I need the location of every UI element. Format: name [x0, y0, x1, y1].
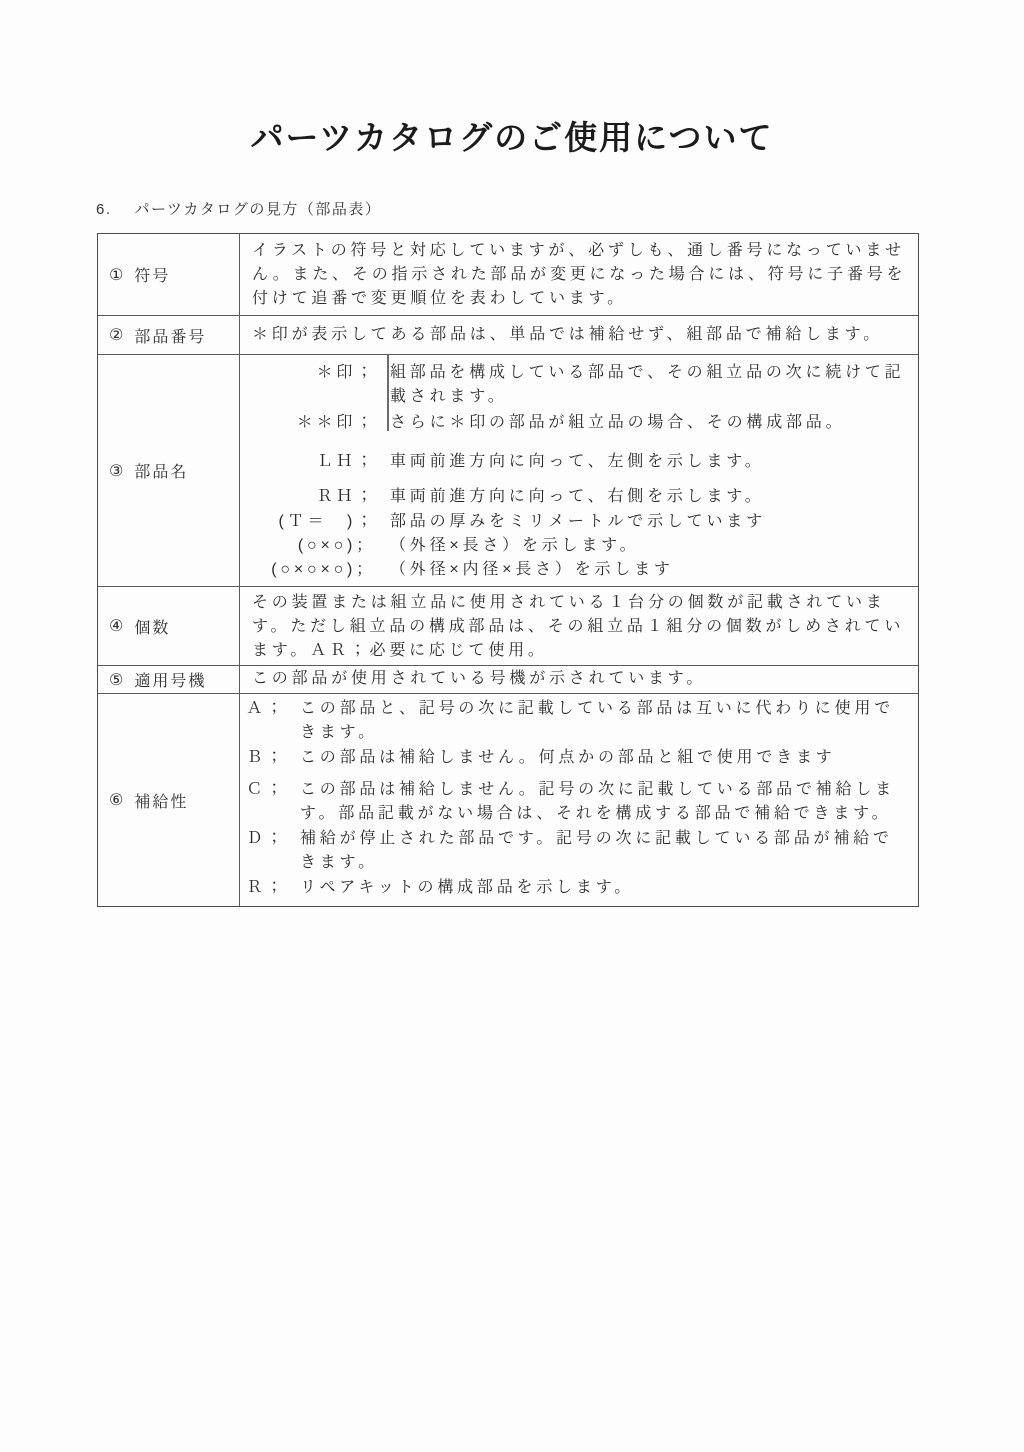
row-label: 部品番号 — [134, 324, 206, 347]
definition-item: (○×○)； （外径×長さ）を示します。 — [240, 534, 918, 558]
definition-term: ＲＨ； — [240, 485, 390, 509]
definition-desc: さらに＊印の部品が組立品の場合、その構成部品。 — [390, 411, 918, 435]
definition-desc: 車両前進方向に向って、右側を示します。 — [390, 485, 918, 509]
row-text: ＊印が表示してある部品は、単品では補給せず、組部品で補給します。 — [252, 323, 910, 347]
row-label-cell: ⑥ 補給性 — [98, 694, 240, 906]
row-number: ② — [109, 325, 125, 345]
row-label: 個数 — [134, 615, 170, 638]
section-title: パーツカタログの見方（部品表） — [135, 198, 382, 219]
row-label-cell: ⑤ 適用号機 — [98, 666, 240, 693]
definition-item: Ｃ； この部品は補給しません。記号の次に記載している部品で補給します。部品記載が… — [240, 778, 918, 826]
definition-desc: この部品は補給しません。記号の次に記載している部品で補給します。部品記載がない場… — [300, 778, 918, 826]
row-label-cell: ③ 部品名 — [98, 355, 240, 586]
row-content-cell: ＊印が表示してある部品は、単品では補給せず、組部品で補給します。 — [240, 316, 918, 354]
row-number: ③ — [109, 461, 125, 481]
definition-item: ＊印； 組部品を構成している部品で、その組立品の次に続けて記載されます。 — [240, 361, 918, 409]
row-text: この部品が使用されている号機が示されています。 — [252, 668, 910, 690]
definition-desc: 補給が停止された部品です。記号の次に記載している部品が補給できます。 — [300, 827, 918, 875]
definition-item: ＊＊印； さらに＊印の部品が組立品の場合、その構成部品。 — [240, 411, 918, 435]
row-content-cell: この部品が使用されている号機が示されています。 — [240, 666, 918, 693]
row-content-cell: Ａ； この部品と、記号の次に記載している部品は互いに代わりに使用できます。 Ｂ；… — [240, 694, 918, 906]
row-text: その装置または組立品に使用されている１台分の個数が記載されています。ただし組立品… — [252, 591, 910, 663]
row-label: 適用号機 — [134, 668, 206, 691]
definition-term: Ｄ； — [240, 827, 300, 875]
definition-term: Ａ； — [240, 697, 300, 745]
definition-term: Ｃ； — [240, 778, 300, 826]
definition-item: ＲＨ； 車両前進方向に向って、右側を示します。 — [240, 485, 918, 509]
page-title: パーツカタログのご使用について — [0, 112, 1024, 159]
row-number: ① — [109, 265, 125, 285]
table-row-tekiyo-goki: ⑤ 適用号機 この部品が使用されている号機が示されています。 — [98, 665, 918, 693]
cell-divider-line — [387, 355, 389, 431]
definition-item: Ｒ； リペアキットの構成部品を示します。 — [240, 876, 918, 900]
definition-term: (Ｔ＝ )； — [240, 510, 390, 534]
row-text: イラストの符号と対応していますが、必ずしも、通し番号になっていません。また、その… — [252, 239, 910, 311]
row-number: ④ — [109, 616, 125, 636]
row-label: 部品名 — [134, 459, 188, 482]
definition-desc: （外径×長さ）を示します。 — [390, 534, 918, 558]
row-label-cell: ① 符号 — [98, 234, 240, 315]
row-content-cell: その装置または組立品に使用されている１台分の個数が記載されています。ただし組立品… — [240, 587, 918, 665]
definition-term: ＬＨ； — [240, 450, 390, 474]
parts-table: ① 符号 イラストの符号と対応していますが、必ずしも、通し番号になっていません。… — [97, 233, 919, 907]
row-number: ⑤ — [109, 670, 125, 690]
table-row-fugo: ① 符号 イラストの符号と対応していますが、必ずしも、通し番号になっていません。… — [98, 234, 918, 315]
row-label: 符号 — [134, 263, 170, 286]
definition-desc: 組部品を構成している部品で、その組立品の次に続けて記載されます。 — [390, 361, 918, 409]
section-number: 6. — [96, 201, 112, 218]
definition-item: (Ｔ＝ )； 部品の厚みをミリメートルで示しています — [240, 510, 918, 534]
row-content-cell: ＊印； 組部品を構成している部品で、その組立品の次に続けて記載されます。 ＊＊印… — [240, 355, 918, 586]
definition-item: (○×○×○)； （外径×内径×長さ）を示します — [240, 558, 918, 582]
table-row-buhin-bango: ② 部品番号 ＊印が表示してある部品は、単品では補給せず、組部品で補給します。 — [98, 315, 918, 354]
definition-desc: この部品は補給しません。何点かの部品と組で使用できます — [300, 746, 918, 770]
definition-item: Ｂ； この部品は補給しません。何点かの部品と組で使用できます — [240, 746, 918, 770]
definition-term: (○×○×○)； — [240, 558, 390, 582]
definition-item: Ａ； この部品と、記号の次に記載している部品は互いに代わりに使用できます。 — [240, 697, 918, 745]
definition-desc: この部品と、記号の次に記載している部品は互いに代わりに使用できます。 — [300, 697, 918, 745]
definition-item: Ｄ； 補給が停止された部品です。記号の次に記載している部品が補給できます。 — [240, 827, 918, 875]
document-page: パーツカタログのご使用について 6. パーツカタログの見方（部品表） ① 符号 … — [0, 0, 1024, 1452]
definition-desc: 車両前進方向に向って、左側を示します。 — [390, 450, 918, 474]
definition-term: ＊印； — [240, 361, 390, 409]
table-row-hokyusei: ⑥ 補給性 Ａ； この部品と、記号の次に記載している部品は互いに代わりに使用でき… — [98, 693, 918, 906]
definition-item: ＬＨ； 車両前進方向に向って、左側を示します。 — [240, 450, 918, 474]
definition-term: (○×○)； — [240, 534, 390, 558]
definition-desc: （外径×内径×長さ）を示します — [390, 558, 918, 582]
row-content-cell: イラストの符号と対応していますが、必ずしも、通し番号になっていません。また、その… — [240, 234, 918, 315]
table-row-kosuu: ④ 個数 その装置または組立品に使用されている１台分の個数が記載されています。た… — [98, 586, 918, 665]
definition-desc: リペアキットの構成部品を示します。 — [300, 876, 918, 900]
row-number: ⑥ — [109, 790, 125, 810]
row-label: 補給性 — [134, 789, 188, 812]
definition-term: Ｒ； — [240, 876, 300, 900]
definition-term: Ｂ； — [240, 746, 300, 770]
table-row-buhin-mei: ③ 部品名 ＊印； 組部品を構成している部品で、その組立品の次に続けて記載されま… — [98, 354, 918, 586]
row-label-cell: ④ 個数 — [98, 587, 240, 665]
definition-desc: 部品の厚みをミリメートルで示しています — [390, 510, 918, 534]
definition-term: ＊＊印； — [240, 411, 390, 435]
row-label-cell: ② 部品番号 — [98, 316, 240, 354]
section-heading: 6. パーツカタログの見方（部品表） — [96, 198, 381, 219]
